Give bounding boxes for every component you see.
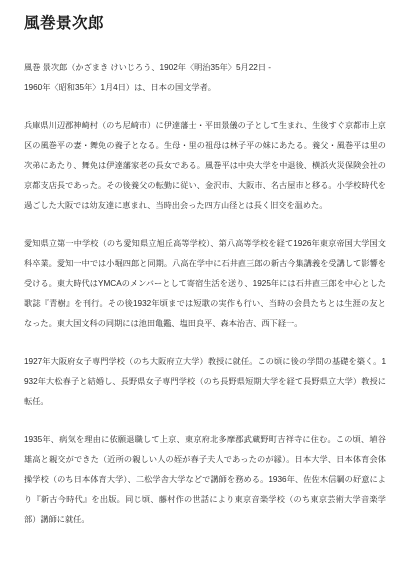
paragraph-birth-and-family: 兵庫県川辺郡神崎村（のち尼崎市）に伊達藩士・平田景儀の子として生まれ、生後すぐ京… <box>24 116 386 216</box>
paragraph-education: 愛知県立第一中学校（のち愛知県立旭丘高等学校）、第八高等学校を経て1926年東京… <box>24 234 386 334</box>
article-page: 風巻景次郎 風巻 景次郎（かざまき けいじろう、1902年〈明治35年〉5月22… <box>0 0 410 580</box>
paragraph-tokyo-period: 1935年、病気を理由に依願退職して上京、東京府北多摩郡武蔵野町吉祥寺に住む。こ… <box>24 430 386 530</box>
paragraph-intro: 風巻 景次郎（かざまき けいじろう、1902年〈明治35年〉5月22日 - 19… <box>24 58 386 98</box>
page-title: 風巻景次郎 <box>24 14 386 34</box>
paragraph-early-career: 1927年大阪府女子専門学校（のち大阪府立大学）教授に就任。この頃に後の学問の基… <box>24 352 386 412</box>
